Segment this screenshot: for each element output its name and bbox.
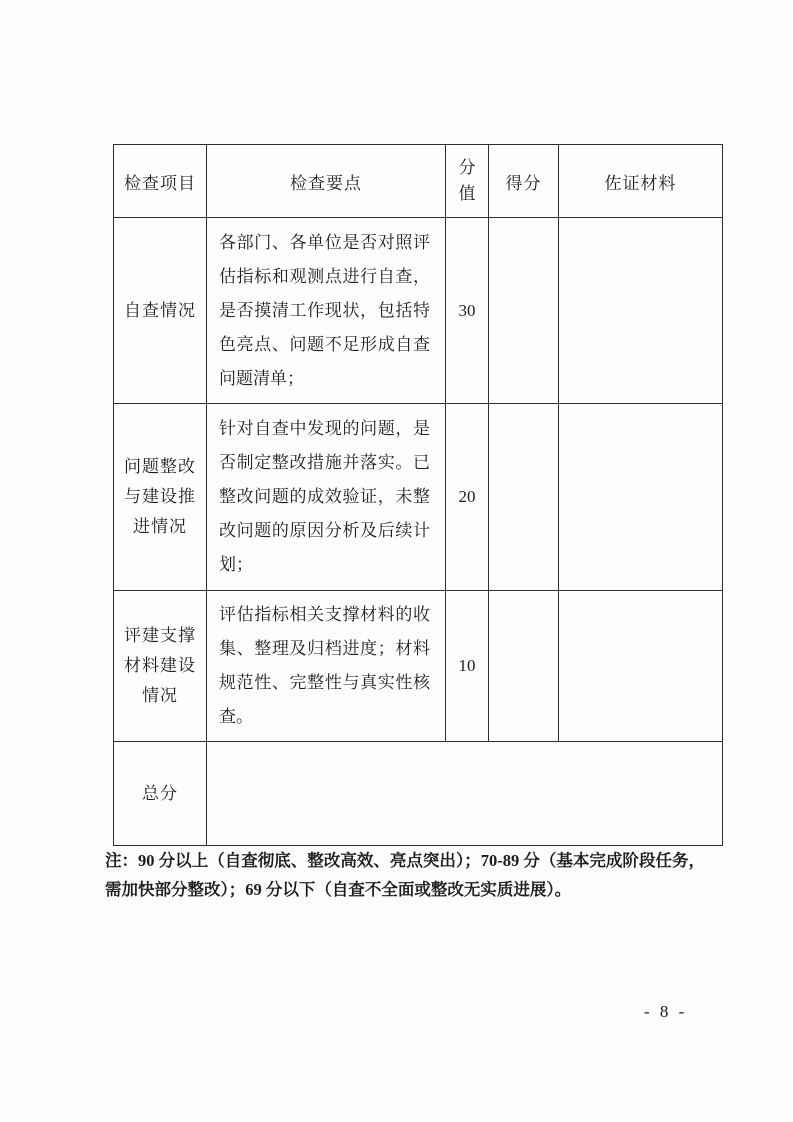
evidence-cell	[559, 218, 723, 404]
score-obtained-cell	[489, 404, 559, 591]
score-obtained-cell	[489, 218, 559, 404]
header-inspection-item: 检查项目	[114, 145, 207, 218]
item-label: 评建支撑材料建设情况	[114, 591, 207, 742]
header-supporting-materials: 佐证材料	[559, 145, 723, 218]
inspection-score-table: 检查项目 检查要点 分值 得分 佐证材料 自查情况 各部门、各单位是否对照评估指…	[113, 144, 723, 846]
score-table: 检查项目 检查要点 分值 得分 佐证材料 自查情况 各部门、各单位是否对照评估指…	[113, 144, 723, 846]
item-label: 问题整改与建设推进情况	[114, 404, 207, 591]
table-row-support-materials: 评建支撑材料建设情况 评估指标相关支撑材料的收集、整理及归档进度；材料规范性、完…	[114, 591, 723, 742]
table-row-rectification: 问题整改与建设推进情况 针对自查中发现的问题，是否制定整改措施并落实。已整改问题…	[114, 404, 723, 591]
scoring-note: 注：90 分以上（自查彻底、整改高效、亮点突出）；70-89 分（基本完成阶段任…	[105, 846, 705, 904]
header-inspection-points: 检查要点	[207, 145, 446, 218]
score-value: 10	[446, 591, 489, 742]
points-text: 针对自查中发现的问题，是否制定整改措施并落实。已整改问题的成效验证，未整改问题的…	[207, 404, 446, 591]
points-text: 各部门、各单位是否对照评估指标和观测点进行自查，是否摸清工作现状，包括特色亮点、…	[207, 218, 446, 404]
header-score-value: 分值	[446, 145, 489, 218]
item-label: 自查情况	[114, 218, 207, 404]
table-row-total: 总分	[114, 742, 723, 846]
header-score-obtained: 得分	[489, 145, 559, 218]
evidence-cell	[559, 404, 723, 591]
points-text: 评估指标相关支撑材料的收集、整理及归档进度；材料规范性、完整性与真实性核查。	[207, 591, 446, 742]
document-page: 检查项目 检查要点 分值 得分 佐证材料 自查情况 各部门、各单位是否对照评估指…	[0, 0, 793, 1122]
page-number: - 8 -	[644, 1002, 687, 1022]
total-content-cell	[207, 742, 723, 846]
total-label: 总分	[114, 742, 207, 846]
score-value: 30	[446, 218, 489, 404]
table-header-row: 检查项目 检查要点 分值 得分 佐证材料	[114, 145, 723, 218]
score-obtained-cell	[489, 591, 559, 742]
evidence-cell	[559, 591, 723, 742]
table-row-self-inspection: 自查情况 各部门、各单位是否对照评估指标和观测点进行自查，是否摸清工作现状，包括…	[114, 218, 723, 404]
score-value: 20	[446, 404, 489, 591]
